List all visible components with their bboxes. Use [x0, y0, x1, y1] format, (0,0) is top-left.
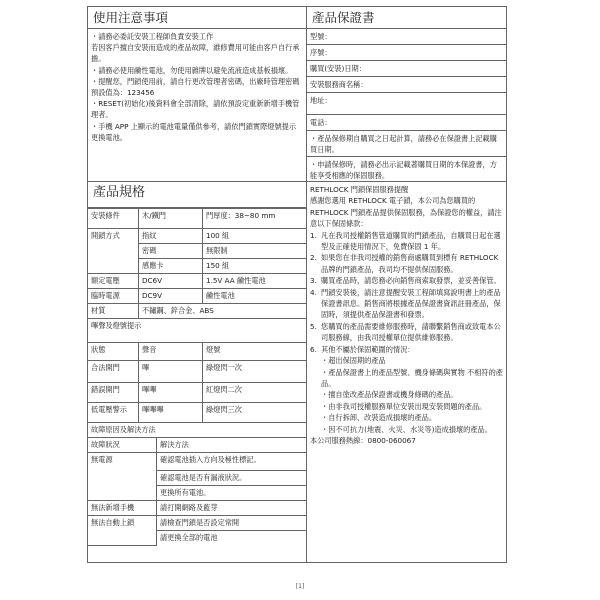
- spec-value: 無限制: [203, 244, 307, 259]
- spec-value: 指紋: [139, 229, 203, 244]
- specs-panel: 產品規格 安裝條件 木/鐵門 門厚度：38~80 mm 開鎖方式 指紋 100 …: [87, 181, 307, 563]
- note-line: ・提醒您，門鎖使用前，請自行更改管理者密碼，出廠時管理密碼預設值為：123456: [91, 76, 303, 98]
- note-line: 若因客戶擅自安裝而造成的產品故障，維修費用可能由客戶自行承擔。: [91, 42, 303, 64]
- fault-fix: 請檢查門鎖是否設定常開: [157, 516, 307, 531]
- usage-notes-body: ・請務必委託安裝工程師負責安裝工作 若因客戶擅自安裝而造成的產品故障，維修費用可…: [88, 29, 306, 145]
- indicator-light: 紅燈閃二次: [203, 383, 307, 403]
- indicator-sound: 嗶嗶嗶: [139, 403, 203, 423]
- col-header: 狀態: [88, 343, 139, 361]
- terms-item: 3.購買產品時，請您務必向銷售商索取發票，並妥善保管。: [310, 275, 503, 286]
- indicator-state: 錯誤開門: [88, 383, 139, 403]
- field-phone: 電話：: [307, 115, 506, 131]
- spec-value: 不鏽鋼、鋅合金、ABS: [139, 304, 307, 319]
- terms-item: 5.您購買的產品需要維修服務時，請聯繫銷售商或致電本公司服務線，由我司授權單位提…: [310, 321, 503, 344]
- col-header: 燈號: [203, 343, 307, 361]
- trouble-table: 故障狀況 解決方法 無電源 確認電池插入方向及極性標記。 確認電池是否有漏液狀況…: [88, 437, 306, 546]
- terms-intro: 感謝您選用 RETHLOCK 電子鎖，本公司為您購買的 RETHLOCK 門鎖產…: [310, 195, 503, 229]
- warranty-card-title: 產品保證書: [307, 7, 506, 29]
- spec-value: 100 組: [203, 229, 307, 244]
- spec-value: 密碼: [139, 244, 203, 259]
- spec-label: 材質: [88, 304, 139, 319]
- fault-fix: 請打開網路及藍芽: [157, 501, 307, 516]
- page-number: [1]: [0, 583, 600, 590]
- indicator-light: 綠燈閃三次: [203, 403, 307, 423]
- spec-value: DC6V: [139, 274, 203, 289]
- field-address: 地址：: [307, 93, 506, 115]
- indicator-light: 綠燈閃一次: [203, 361, 307, 383]
- spec-value: DC9V: [139, 289, 203, 304]
- col-header: 聲音: [139, 343, 203, 361]
- terms-item: 1.凡在我司授權銷售管道購買的門鎖產品，自購買日起在選型及正確使用情況下，免費保…: [310, 230, 503, 253]
- spec-label: 臨時電源: [88, 289, 139, 304]
- indicator-sound: 嗶: [139, 361, 203, 383]
- note-line: ・手機 APP 上顯示的電池電量僅供參考，請依門鎖實際燈號提示更換電池。: [91, 121, 303, 143]
- warranty-note: ・產品保修期自購買之日起計算，請務必在保證書上記載購買日期。: [307, 131, 506, 157]
- exclusion-item: ・擅自塗改產品保證書或機身條碼的產品。: [321, 389, 503, 400]
- terms-item: 2.如果您在非我司授權的銷售商處購買到標有 RETHLOCK 品牌的門鎖產品，我…: [310, 252, 503, 275]
- field-serial: 序號：: [307, 45, 506, 61]
- indicator-state: 低電壓警示: [88, 403, 139, 423]
- indicator-state: 合法開門: [88, 361, 139, 383]
- fault-fix: 更換所有電池。: [157, 486, 307, 501]
- warranty-note: ・申請保修時，請務必出示記載著購買日期的本保證書，方能享受相應的保固服務。: [307, 157, 506, 183]
- trouble-section-title: 故障原因及解決方法: [88, 423, 306, 438]
- note-line: ・請務必使用鹼性電池，勿使用雜牌以避免流液造成基板損壞。: [91, 65, 303, 76]
- exclusion-item: ・由非我司授權服務單位安裝出現安裝問題的產品。: [321, 401, 503, 412]
- terms-item: 6.其他不屬於保固範圍的情況：: [310, 344, 503, 355]
- field-installer: 安裝服務商名稱：: [307, 77, 506, 93]
- terms-list: 1.凡在我司授權銷售管道購買的門鎖產品，自購買日起在選型及正確使用情況下，免費保…: [310, 230, 503, 355]
- specs-title: 產品規格: [88, 182, 306, 208]
- spec-value: 感應卡: [139, 259, 203, 274]
- exclusions-list: ・超出保固期的產品 ・產品保證書上的產品型號、機身條碼與實物 不相符的產品。 ・…: [310, 355, 503, 435]
- spec-value: 木/鐵門: [139, 209, 203, 229]
- spec-label: 開鎖方式: [88, 229, 139, 274]
- note-line: ・請務必委託安裝工程師負責安裝工作: [91, 31, 303, 42]
- fault-fix: 確認電池插入方向及極性標記。: [157, 453, 307, 471]
- field-purchase-date: 購買(安裝)日期：: [307, 61, 506, 77]
- usage-notes-title: 使用注意事項: [88, 7, 306, 29]
- exclusion-item: ・產品保證書上的產品型號、機身條碼與實物 不相符的產品。: [321, 367, 503, 390]
- spec-value: 150 組: [203, 259, 307, 274]
- exclusion-item: ・自行拆卸、改裝造成損壞的產品。: [321, 412, 503, 423]
- col-header: 解決方法: [157, 438, 307, 453]
- indicator-section-title: 嗶聲及燈號提示: [88, 319, 306, 343]
- fault-label: 無電源: [88, 453, 157, 501]
- spec-label: 安裝條件: [88, 209, 139, 229]
- usage-notes-panel: 使用注意事項 ・請務必委託安裝工程師負責安裝工作 若因客戶擅自安裝而造成的產品故…: [87, 6, 307, 182]
- field-model: 型號：: [307, 29, 506, 45]
- service-hotline: 本公司服務熱線：0800-060067: [310, 435, 503, 446]
- fault-label: 無法自動上鎖: [88, 516, 157, 546]
- spec-label: 額定電壓: [88, 274, 139, 289]
- indicator-sound: 嗶嗶: [139, 383, 203, 403]
- col-header: 故障狀況: [88, 438, 157, 453]
- terms-heading: RETHLOCK 門鎖保固服務提醒: [310, 184, 503, 195]
- fault-fix: 請更換全部的電池: [157, 531, 307, 546]
- exclusion-item: ・因不可抗力(地震、火災、水災等)造成損壞的產品。: [321, 424, 503, 435]
- spec-value: 門厚度：38~80 mm: [203, 209, 307, 229]
- spec-value: 鹼性電池: [203, 289, 307, 304]
- fault-fix: 確認電池是否有漏液狀況。: [157, 471, 307, 486]
- warranty-card-panel: 產品保證書 型號： 序號： 購買(安裝)日期： 安裝服務商名稱： 地址： 電話：…: [306, 6, 507, 182]
- terms-item: 4.門鎖安裝後，請注意提醒安裝工程師填寫說明書上的產品保證書訊息。銷售商將根據產…: [310, 287, 503, 321]
- fault-label: 無法新增手機: [88, 501, 157, 516]
- spec-value: 1.5V AA 鹼性電池: [203, 274, 307, 289]
- specs-table: 安裝條件 木/鐵門 門厚度：38~80 mm 開鎖方式 指紋 100 組 密碼 …: [88, 208, 306, 438]
- exclusion-item: ・超出保固期的產品: [321, 355, 503, 366]
- warranty-terms-panel: RETHLOCK 門鎖保固服務提醒 感謝您選用 RETHLOCK 電子鎖，本公司…: [306, 181, 507, 563]
- note-line: ・RESET(初始化)後資料會全部清除，請依預設定重新新增手機管理者。: [91, 98, 303, 120]
